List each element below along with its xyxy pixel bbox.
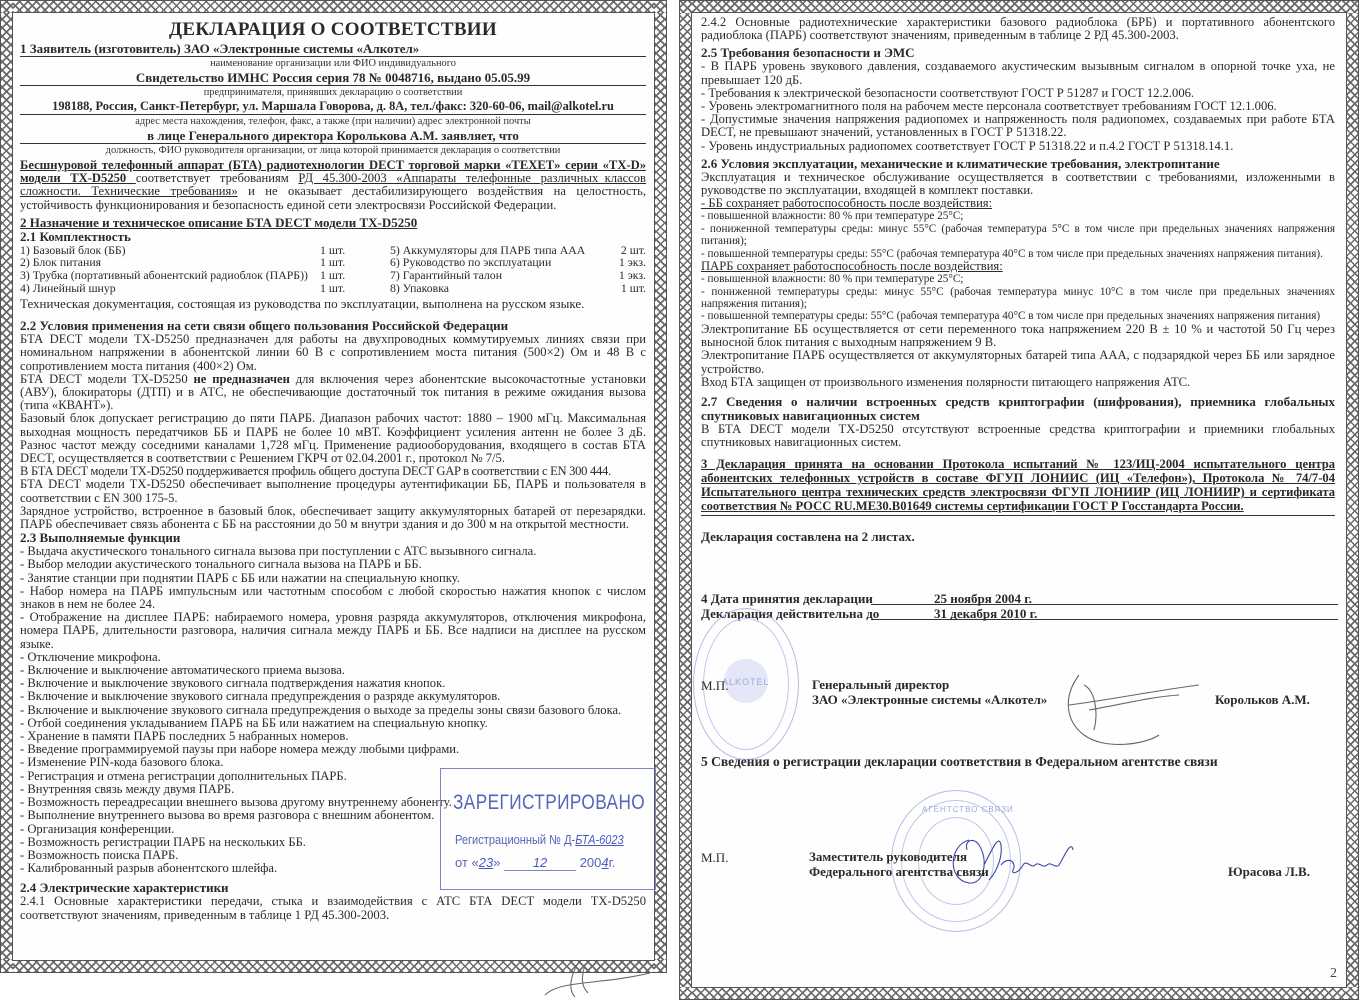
list-item: - Включение и выключение звукового сигна… — [20, 690, 646, 703]
caption-address: адрес места нахождения, телефон, факс, а… — [20, 115, 646, 128]
stamp-place-2: М.П. — [701, 850, 728, 866]
kit-item: 7) Гарантийный талон — [390, 269, 618, 282]
kit-list: 1) Базовый блок (ББ)1 шт.5) Аккумуляторы… — [20, 244, 646, 294]
bb-conditions-list: - повышенной влажности: 80 % при темпера… — [701, 210, 1335, 260]
applicant-line: 1 Заявитель (изготовитель) ЗАО «Электрон… — [20, 41, 646, 57]
kit-item: 4) Линейный шнур — [20, 282, 320, 295]
page-number: 2 — [1330, 966, 1337, 982]
list-item: - пониженной температуры среды: минус 55… — [701, 223, 1335, 248]
section-2-3-title: 2.3 Выполняемые функции — [20, 531, 646, 545]
list-item: - пониженной температуры среды: минус 55… — [701, 286, 1335, 311]
director-signature — [1049, 665, 1209, 755]
deputy-agency: Федерального агентства связи — [809, 865, 989, 879]
director-name: Корольков А.М. — [1215, 693, 1310, 707]
registration-stamp: ЗАРЕГИСТРИРОВАНО Регистрационный № Д-БТА… — [440, 768, 656, 890]
kit-qty: 1 экз. — [618, 269, 646, 282]
list-item: - Набор номера на ПАРБ импульсным или ча… — [20, 585, 646, 611]
list-item: - Занятие станции при поднятии ПАРБ с ББ… — [20, 572, 646, 585]
director-title: Генеральный директор — [812, 678, 949, 692]
section-2-2-title: 2.2 Условия применения на сети связи общ… — [20, 319, 646, 333]
kit-item: 8) Упаковка — [390, 282, 618, 295]
caption-entrepreneur: предпринимателя, принявших декларацию о … — [20, 86, 646, 99]
kit-qty: 1 шт. — [320, 269, 390, 282]
sheets-count: Декларация составлена на 2 листах. — [701, 530, 1335, 544]
list-item: - Выбор мелодии акустического тонального… — [20, 558, 646, 571]
parb-conditions-list: - повышенной влажности: 80 % при темпера… — [701, 273, 1335, 323]
list-item: - повышенной влажности: 80 % при темпера… — [701, 273, 1335, 285]
deputy-title: Заместитель руководителя — [809, 850, 967, 864]
list-item: - Уровень индустриальных радиопомех соот… — [701, 140, 1335, 153]
caption-org-name: наименование организации или ФИО индивид… — [20, 57, 646, 70]
page-2-content: 2.4.2 Основные радиотехнические характер… — [701, 16, 1335, 544]
signature-initial — [540, 955, 660, 1000]
kit-qty: 1 шт. — [618, 282, 646, 295]
section-3-basis: 3 Декларация принята на основании Проток… — [701, 457, 1335, 516]
list-item: - Допустимые значения напряжения радиопо… — [701, 113, 1335, 139]
declaration-statement: Бесшнуровой телефонный аппарат (БТА) рад… — [20, 159, 646, 212]
section-2-7-title: 2.7 Сведения о наличии встроенных средст… — [701, 395, 1335, 423]
kit-qty: 1 шт. — [320, 282, 390, 295]
declaration-page-1: ДЕКЛАРАЦИЯ О СООТВЕТСТВИИ 1 Заявитель (и… — [0, 0, 667, 973]
section-2-5-title: 2.5 Требования безопасности и ЭМС — [701, 46, 1335, 60]
valid-until-value: 31 декабря 2010 г. — [934, 607, 1037, 621]
document-title: ДЕКЛАРАЦИЯ О СООТВЕТСТВИИ — [20, 19, 646, 41]
section-2-title: 2 Назначение и техническое описание БТА … — [20, 216, 646, 230]
list-item: - повышенной влажности: 80 % при темпера… — [701, 210, 1335, 222]
address-line: 198188, Россия, Санкт-Петербург, ул. Мар… — [20, 99, 646, 115]
date-value: 25 ноября 2004 г. — [934, 592, 1032, 606]
list-item: - В ПАРБ уровень звукового давления, соз… — [701, 60, 1335, 86]
declaration-page-2: 2.4.2 Основные радиотехнические характер… — [679, 0, 1359, 1000]
kit-item: 3) Трубка (портативный абонентский радио… — [20, 269, 320, 282]
safety-list: - В ПАРБ уровень звукового давления, соз… — [701, 60, 1335, 152]
section-2-1-title: 2.1 Комплектность — [20, 230, 646, 244]
date-label: 4 Дата принятия декларации — [701, 592, 873, 606]
list-item: - Отображение на дисплее ПАРБ: набираемо… — [20, 611, 646, 651]
list-item: - Включение и выключение звукового сигна… — [20, 704, 646, 717]
section-5-registration: 5 Сведения о регистрации декларации соот… — [701, 755, 1218, 769]
deputy-name: Юрасова Л.В. — [1228, 865, 1310, 879]
tech-doc-note: Техническая документация, состоящая из р… — [20, 296, 646, 311]
stamp-place-1: М.П. — [701, 678, 728, 694]
director-company: ЗАО «Электронные системы «Алкотел» — [812, 693, 1047, 707]
caption-position: должность, ФИО руководителя организации,… — [20, 144, 646, 157]
section-2-6-title: 2.6 Условия эксплуатации, механические и… — [701, 157, 1335, 171]
representative-line: в лице Генерального директора Королькова… — [20, 128, 646, 144]
certificate-line: Свидетельство ИМНС Россия серия 78 № 004… — [20, 70, 646, 86]
